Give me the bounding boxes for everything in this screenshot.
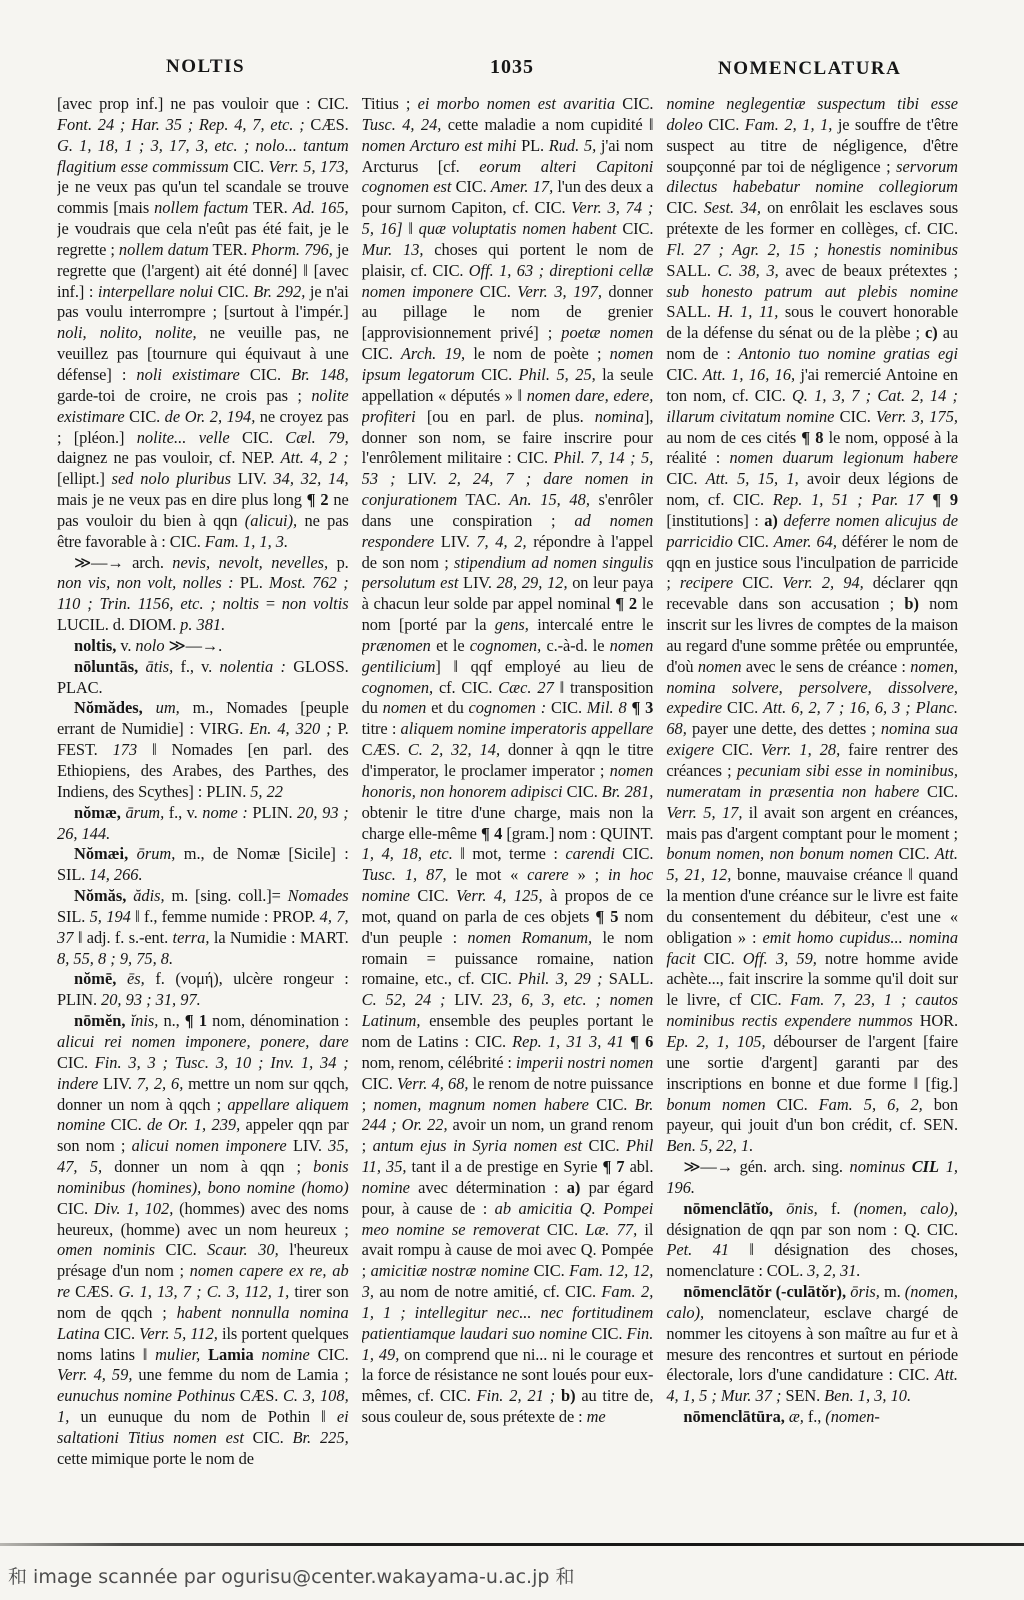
- text-columns: [avec prop inf.] ne pas vouloir que : CI…: [57, 94, 958, 1542]
- column-2: Titius ; ei morbo nomen est avaritia CIC…: [362, 94, 654, 1542]
- dictionary-paragraph: ≫—→ arch. nevis, nevolt, nevelles, p. no…: [57, 553, 349, 636]
- scanned-dictionary-page: NOLTIS 1035 NOMENCLATURA [avec prop inf.…: [0, 0, 1024, 1600]
- dictionary-paragraph: nŏmæ, ārum, f., v. nome : PLIN. 20, 93 ;…: [57, 803, 349, 845]
- dictionary-paragraph: Titius ; ei morbo nomen est avaritia CIC…: [362, 94, 654, 1428]
- dictionary-paragraph: nōmenclātŏr (-culātŏr), ōris, m. (nomen,…: [666, 1282, 958, 1407]
- dictionary-paragraph: nōmĕn, ĭnis, n., ¶ 1 nom, dénomination :…: [57, 1011, 349, 1470]
- dictionary-paragraph: nomine neglegentiæ suspectum tibi esse d…: [666, 94, 958, 1157]
- dictionary-paragraph: noltis, v. nolo ≫—→.: [57, 636, 349, 657]
- column-3: nomine neglegentiæ suspectum tibi esse d…: [666, 94, 958, 1542]
- dictionary-paragraph: [avec prop inf.] ne pas vouloir que : CI…: [57, 94, 349, 553]
- dictionary-paragraph: nōmenclātūra, æ, f., (nomen-: [666, 1407, 958, 1428]
- dictionary-paragraph: nŏmē, ēs, f. (νομή), ulcère rongeur : PL…: [57, 969, 349, 1011]
- column-1: [avec prop inf.] ne pas vouloir que : CI…: [57, 94, 349, 1542]
- dictionary-paragraph: ≫—→ gén. arch. sing. nominus CIL 1, 196.: [666, 1157, 958, 1199]
- dictionary-paragraph: nōluntās, ātis, f., v. nolentia : GLOSS.…: [57, 657, 349, 699]
- running-header: NOLTIS 1035 NOMENCLATURA: [0, 56, 1024, 84]
- dictionary-paragraph: Nŏmăs, ădis, m. [sing. coll.]= Nomades S…: [57, 886, 349, 969]
- dictionary-paragraph: Nŏmădes, um, m., Nomades [peuple errant …: [57, 698, 349, 802]
- scan-bottom-edge: [0, 1543, 1024, 1546]
- scanner-caption: 和 image scannée par ogurisu@center.wakay…: [8, 1562, 1008, 1589]
- dictionary-paragraph: Nŏmæi, ōrum, m., de Nomæ [Sicile] : SIL.…: [57, 844, 349, 886]
- dictionary-paragraph: nōmenclātĭo, ōnis, f. (nomen, calo), dés…: [666, 1199, 958, 1282]
- running-head-right: NOMENCLATURA: [718, 58, 901, 80]
